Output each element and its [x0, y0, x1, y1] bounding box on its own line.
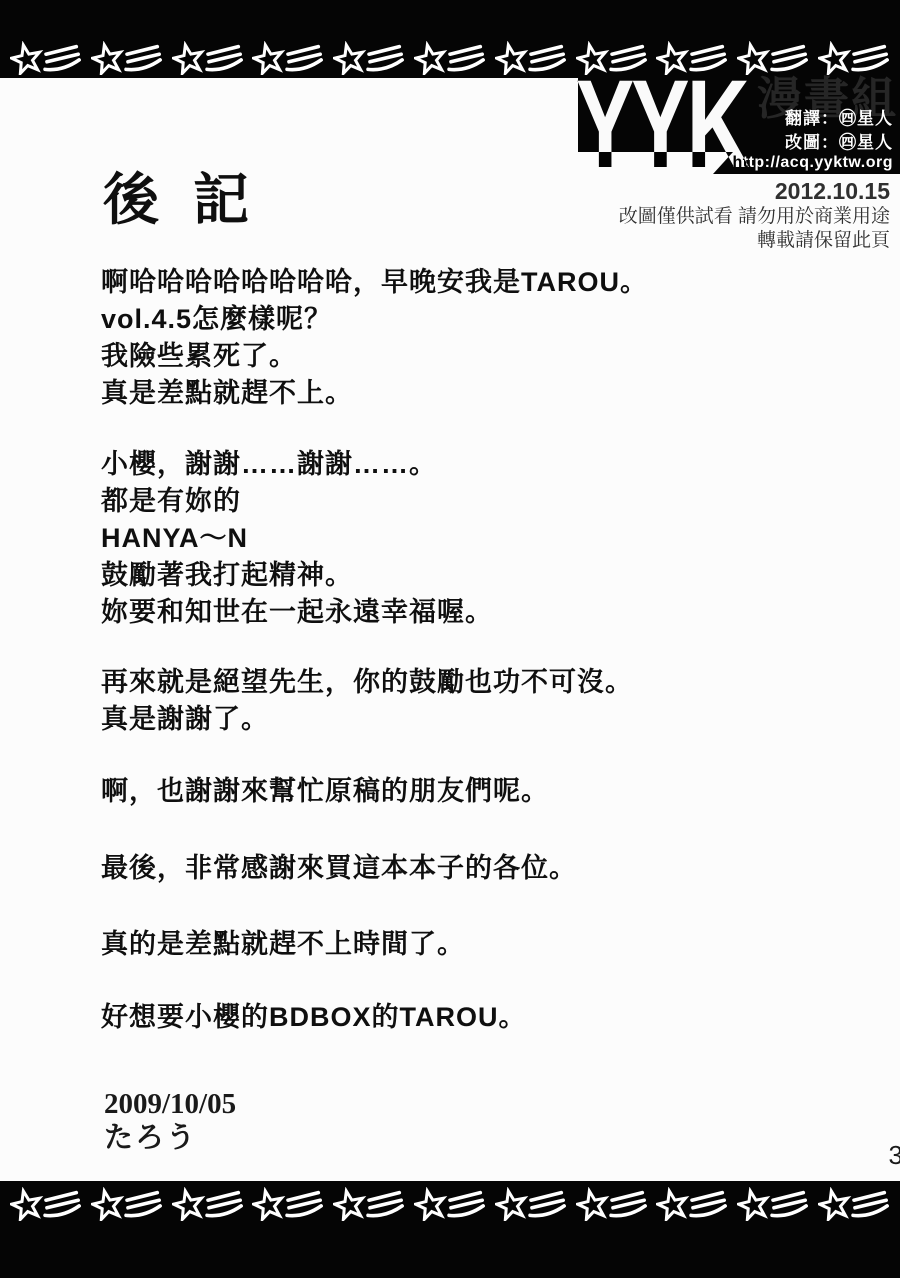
page-number: 3 — [889, 1142, 900, 1168]
afterword-paragraph: 小櫻，謝謝……謝謝……。都是有妳的HANYA～N鼓勵著我打起精神。妳要和知世在一… — [101, 446, 861, 631]
body-line: 真的是差點就趕不上時間了。 — [101, 926, 861, 963]
body-line: 妳要和知世在一起永遠幸福喔。 — [101, 594, 861, 631]
shooting-star-icon — [10, 1187, 82, 1221]
afterword-paragraph: 再來就是絕望先生，你的鼓勵也功不可沒。真是謝謝了。 — [101, 664, 861, 738]
body-line: 啊哈哈哈哈哈哈哈哈，早晚安我是TAROU。 — [101, 264, 861, 301]
afterword-paragraph: 啊哈哈哈哈哈哈哈哈，早晚安我是TAROU。vol.4.5怎麼樣呢？我險些累死了。… — [101, 264, 861, 412]
body-line: 鼓勵著我打起精神。 — [101, 557, 861, 594]
afterword-paragraph: 真的是差點就趕不上時間了。 — [101, 926, 861, 963]
body-line: 小櫻，謝謝……謝謝……。 — [101, 446, 861, 483]
shooting-star-icon — [91, 1187, 163, 1221]
shooting-star-icon — [172, 1187, 244, 1221]
body-line: 我險些累死了。 — [101, 338, 861, 375]
afterword-paragraph: 啊，也謝謝來幫忙原稿的朋友們呢。 — [101, 773, 861, 810]
body-line: 真是謝謝了。 — [101, 701, 861, 738]
author-signature: たろう — [104, 1124, 197, 1153]
afterword-page: 漫畫組 翻譯：㊃星人 改圖：㊃星人 http://acq.yyktw.org Y… — [0, 0, 900, 1278]
shooting-star-icon — [414, 1187, 486, 1221]
body-line: 都是有妳的 — [101, 483, 861, 520]
shooting-star-icon — [656, 1187, 728, 1221]
shooting-star-icon — [495, 1187, 567, 1221]
body-line: 真是差點就趕不上。 — [101, 375, 861, 412]
shooting-star-icon — [252, 1187, 324, 1221]
afterword-body: 啊哈哈哈哈哈哈哈哈，早晚安我是TAROU。vol.4.5怎麼樣呢？我險些累死了。… — [0, 0, 900, 1278]
afterword-paragraph: 最後，非常感謝來買這本本子的各位。 — [101, 850, 861, 887]
shooting-star-icon — [737, 1187, 809, 1221]
shooting-star-icon — [333, 1187, 405, 1221]
afterword-paragraph: 好想要小櫻的BDBOX的TAROU。 — [101, 999, 861, 1036]
body-line: 啊，也謝謝來幫忙原稿的朋友們呢。 — [101, 773, 861, 810]
sign-date: 2009/10/05 — [104, 1090, 236, 1119]
body-line: vol.4.5怎麼樣呢？ — [101, 301, 861, 338]
bottom-star-bar — [0, 1181, 900, 1278]
body-line: 最後，非常感謝來買這本本子的各位。 — [101, 850, 861, 887]
shooting-star-icon — [576, 1187, 648, 1221]
body-line: 好想要小櫻的BDBOX的TAROU。 — [101, 999, 861, 1036]
body-line: 再來就是絕望先生，你的鼓勵也功不可沒。 — [101, 664, 861, 701]
shooting-star-icon — [818, 1187, 890, 1221]
body-line: HANYA～N — [101, 520, 861, 557]
